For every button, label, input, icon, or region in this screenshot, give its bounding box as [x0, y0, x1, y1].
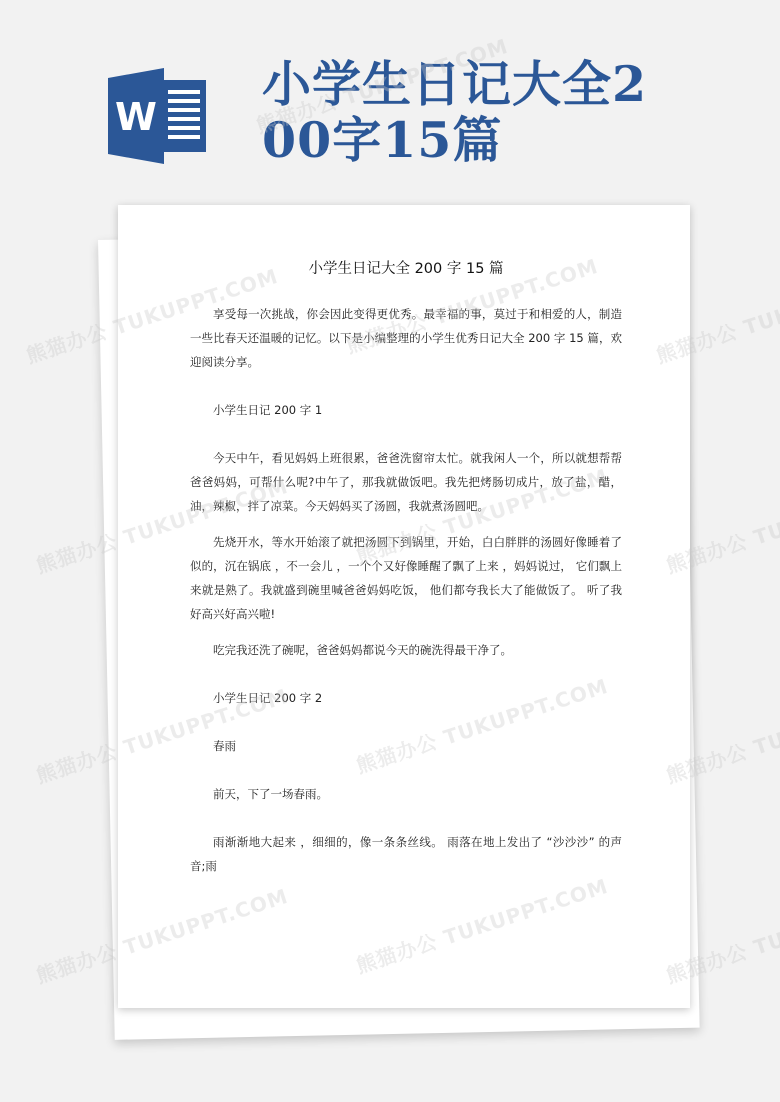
document-page: 小学生日记大全 200 字 15 篇 享受每一次挑战，你会因此变得更优秀。最幸福…: [118, 205, 690, 1008]
paragraph: 前天，下了一场春雨。: [190, 782, 622, 806]
word-document-icon: W: [108, 68, 208, 164]
paragraph: 今天中午，看见妈妈上班很累，爸爸洗窗帘太忙。就我闲人一个，所以就想帮帮爸爸妈妈，…: [190, 446, 622, 518]
section-heading: 小学生日记 200 字 2: [190, 686, 622, 710]
document-title: 小学生日记大全 200 字 15 篇: [190, 257, 622, 278]
paragraph: 雨渐渐地大起来 ，细细的，像一条条丝线。 雨落在地上发出了 “沙沙沙” 的声音;…: [190, 830, 622, 878]
section-heading: 小学生日记 200 字 1: [190, 398, 622, 422]
intro-paragraph: 享受每一次挑战，你会因此变得更优秀。最幸福的事，莫过于和相爱的人，制造一些比春天…: [190, 302, 622, 374]
word-icon-letter: W: [115, 95, 157, 139]
document-body: 小学生日记大全 200 字 15 篇 享受每一次挑战，你会因此变得更优秀。最幸福…: [190, 257, 622, 890]
paragraph: 吃完我还洗了碗呢，爸爸妈妈都说今天的碗洗得最干净了。: [190, 638, 622, 662]
banner-title: 小学生日记大全200字15篇: [262, 56, 682, 168]
paragraph: 先烧开水，等水开始滚了就把汤圆下到锅里，开始，白白胖胖的汤圆好像睡着了似的，沉在…: [190, 530, 622, 626]
banner: W 小学生日记大全200字15篇: [0, 0, 780, 200]
section-subtitle: 春雨: [190, 734, 622, 758]
